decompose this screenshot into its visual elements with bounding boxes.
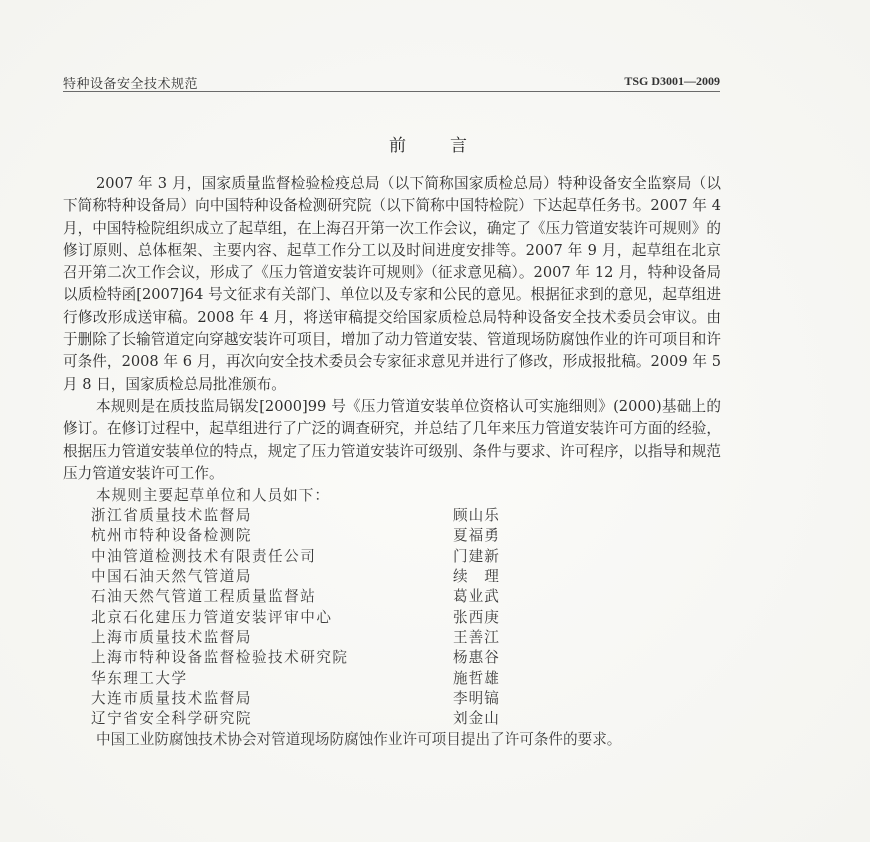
- running-head-code: TSG D3001—2009: [624, 74, 720, 89]
- drafter-person: 葛业武: [453, 587, 500, 607]
- drafter-org: 石油天然气管道工程质量监督站: [91, 587, 316, 607]
- drafter-org: 北京石化建压力管道安装评审中心: [91, 608, 332, 628]
- drafter-row: 中国石油天然气管道局 续 理: [63, 567, 721, 587]
- drafter-person: 顾山乐: [453, 506, 500, 526]
- drafter-person: 夏福勇: [453, 526, 500, 546]
- drafter-org: 中油管道检测技术有限责任公司: [91, 547, 316, 567]
- drafter-org: 辽宁省安全科学研究院: [91, 709, 252, 729]
- drafter-org: 华东理工大学: [91, 669, 188, 689]
- drafter-row: 大连市质量技术监督局 李明镐: [63, 689, 721, 709]
- paragraph-basis: 本规则是在质技监局锅发[2000]99 号《压力管道安装单位资格认可实施细则》(…: [63, 396, 721, 485]
- drafter-person: 杨惠谷: [453, 648, 500, 668]
- drafter-org: 上海市质量技术监督局: [91, 628, 252, 648]
- drafter-org: 大连市质量技术监督局: [91, 689, 252, 709]
- drafter-row: 杭州市特种设备检测院 夏福勇: [63, 526, 721, 546]
- running-head-series: 特种设备安全技术规范: [63, 73, 198, 92]
- drafter-person: 刘金山: [453, 709, 500, 729]
- drafters-intro: 本规则主要起草单位和人员如下：: [63, 485, 721, 506]
- drafter-person: 门建新: [453, 547, 500, 567]
- drafter-org: 中国石油天然气管道局: [91, 567, 252, 587]
- drafter-person: 张西庚: [453, 608, 500, 628]
- drafter-org: 浙江省质量技术监督局: [91, 506, 252, 526]
- drafter-org: 上海市特种设备监督检验技术研究院: [91, 648, 349, 668]
- drafter-row: 浙江省质量技术监督局 顾山乐: [63, 506, 721, 526]
- drafter-row: 上海市特种设备监督检验技术研究院 杨惠谷: [63, 648, 721, 668]
- running-head: 特种设备安全技术规范 TSG D3001—2009: [63, 73, 720, 92]
- drafter-person: 李明镐: [453, 689, 500, 709]
- drafter-row: 石油天然气管道工程质量监督站 葛业武: [63, 587, 721, 607]
- document-body: 2007 年 3 月，国家质量监督检验检疫总局（以下简称国家质检总局）特种设备安…: [63, 173, 721, 751]
- drafters-list: 浙江省质量技术监督局 顾山乐 杭州市特种设备检测院 夏福勇 中油管道检测技术有限…: [63, 506, 721, 729]
- drafter-row: 中油管道检测技术有限责任公司 门建新: [63, 547, 721, 567]
- page-title: 前言: [0, 131, 870, 156]
- drafter-row: 辽宁省安全科学研究院 刘金山: [63, 709, 721, 729]
- closing-note: 中国工业防腐蚀技术协会对管道现场防腐蚀作业许可项目提出了许可条件的要求。: [63, 729, 721, 751]
- scanned-page: 特种设备安全技术规范 TSG D3001—2009 前言 2007 年 3 月，…: [0, 0, 870, 842]
- drafter-person: 王善江: [453, 628, 500, 648]
- drafter-person: 施哲雄: [453, 669, 500, 689]
- paragraph-history: 2007 年 3 月，国家质量监督检验检疫总局（以下简称国家质检总局）特种设备安…: [63, 173, 721, 396]
- drafter-row: 上海市质量技术监督局 王善江: [63, 628, 721, 648]
- drafter-org: 杭州市特种设备检测院: [91, 526, 252, 546]
- drafter-person: 续 理: [453, 567, 500, 587]
- drafter-row: 华东理工大学 施哲雄: [63, 669, 721, 689]
- drafter-row: 北京石化建压力管道安装评审中心 张西庚: [63, 608, 721, 628]
